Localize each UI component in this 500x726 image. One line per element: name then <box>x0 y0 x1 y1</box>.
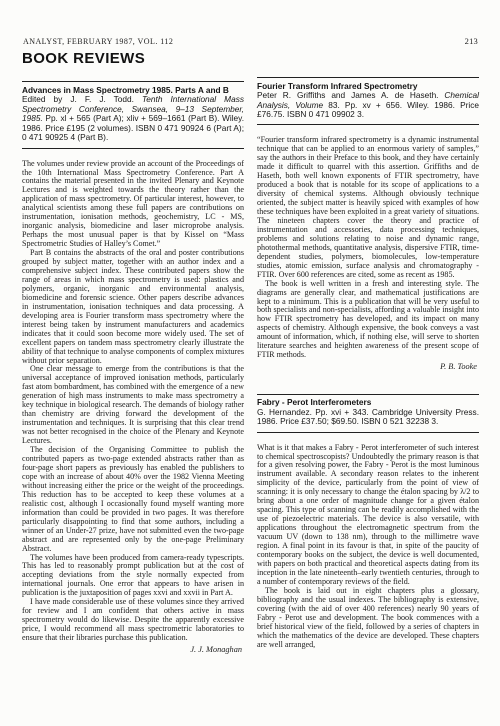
journal-page: ANALYST, FEBRUARY 1987, VOL. 112 213 BOO… <box>0 0 500 726</box>
review-body: The volumes under review provide an acco… <box>22 160 244 655</box>
review-paragraph: The volumes under review provide an acco… <box>22 160 244 250</box>
review-paragraph: I have made considerable use of these vo… <box>22 598 244 643</box>
book-citation: Peter R. Griffiths and James A. de Haset… <box>257 91 479 120</box>
review-body: What is it that makes a Fabry - Perot in… <box>257 444 479 650</box>
page-header: ANALYST, FEBRUARY 1987, VOL. 112 213 <box>23 36 478 46</box>
review-body: “Fourier transform infrared spectrometry… <box>257 136 479 371</box>
review-paragraph: “Fourier transform infrared spectrometry… <box>257 136 479 279</box>
review-paragraph: One clear message to emerge from the con… <box>22 365 244 446</box>
review-paragraph: What is it that makes a Fabry - Perot in… <box>257 444 479 587</box>
review-paragraph: Part B contains the abstracts of the ora… <box>22 249 244 365</box>
review-paragraph: The volumes have been produced from came… <box>22 554 244 599</box>
page-number: 213 <box>465 36 478 46</box>
review-advances-in-mass-spectrometry: Advances in Mass Spectrometry 1985. Part… <box>22 81 244 655</box>
citation-tail: Pp. xl + 565 (Part A); xliv + 569–1661 (… <box>22 113 244 142</box>
citation-lead: G. Hernandez. Pp. xvi + 343. Cambridge U… <box>257 407 479 427</box>
journal-title: ANALYST, FEBRUARY 1987, VOL. 112 <box>23 37 173 46</box>
reviewer-signature: J. J. Monaghan <box>22 645 242 655</box>
review-paragraph: The book is laid out in eight chapters p… <box>257 587 479 650</box>
reviewer-signature: P. B. Tooke <box>257 362 477 372</box>
citation-lead: Edited by J. F. J. Todd. <box>22 94 142 104</box>
section-title: BOOK REVIEWS <box>22 50 145 67</box>
book-heading-block: Advances in Mass Spectrometry 1985. Part… <box>22 81 244 149</box>
book-heading-block: Fabry - Perot Interferometers G. Hernand… <box>257 394 479 433</box>
right-column: Fourier Transform Infrared Spectrometry … <box>257 77 479 655</box>
review-fabry-perot-interferometers: Fabry - Perot Interferometers G. Hernand… <box>257 394 479 650</box>
book-citation: G. Hernandez. Pp. xvi + 343. Cambridge U… <box>257 408 479 427</box>
review-fourier-transform-infrared-spectrometry: Fourier Transform Infrared Spectrometry … <box>257 77 479 372</box>
review-paragraph: The book is well written in a fresh and … <box>257 280 479 361</box>
book-heading-block: Fourier Transform Infrared Spectrometry … <box>257 77 479 125</box>
left-column: Advances in Mass Spectrometry 1985. Part… <box>22 77 244 655</box>
book-citation: Edited by J. F. J. Todd. Tenth Internati… <box>22 95 244 143</box>
review-paragraph: The decision of the Organising Committee… <box>22 446 244 553</box>
two-column-layout: Advances in Mass Spectrometry 1985. Part… <box>22 77 479 655</box>
citation-lead: Peter R. Griffiths and James A. de Haset… <box>257 90 444 100</box>
